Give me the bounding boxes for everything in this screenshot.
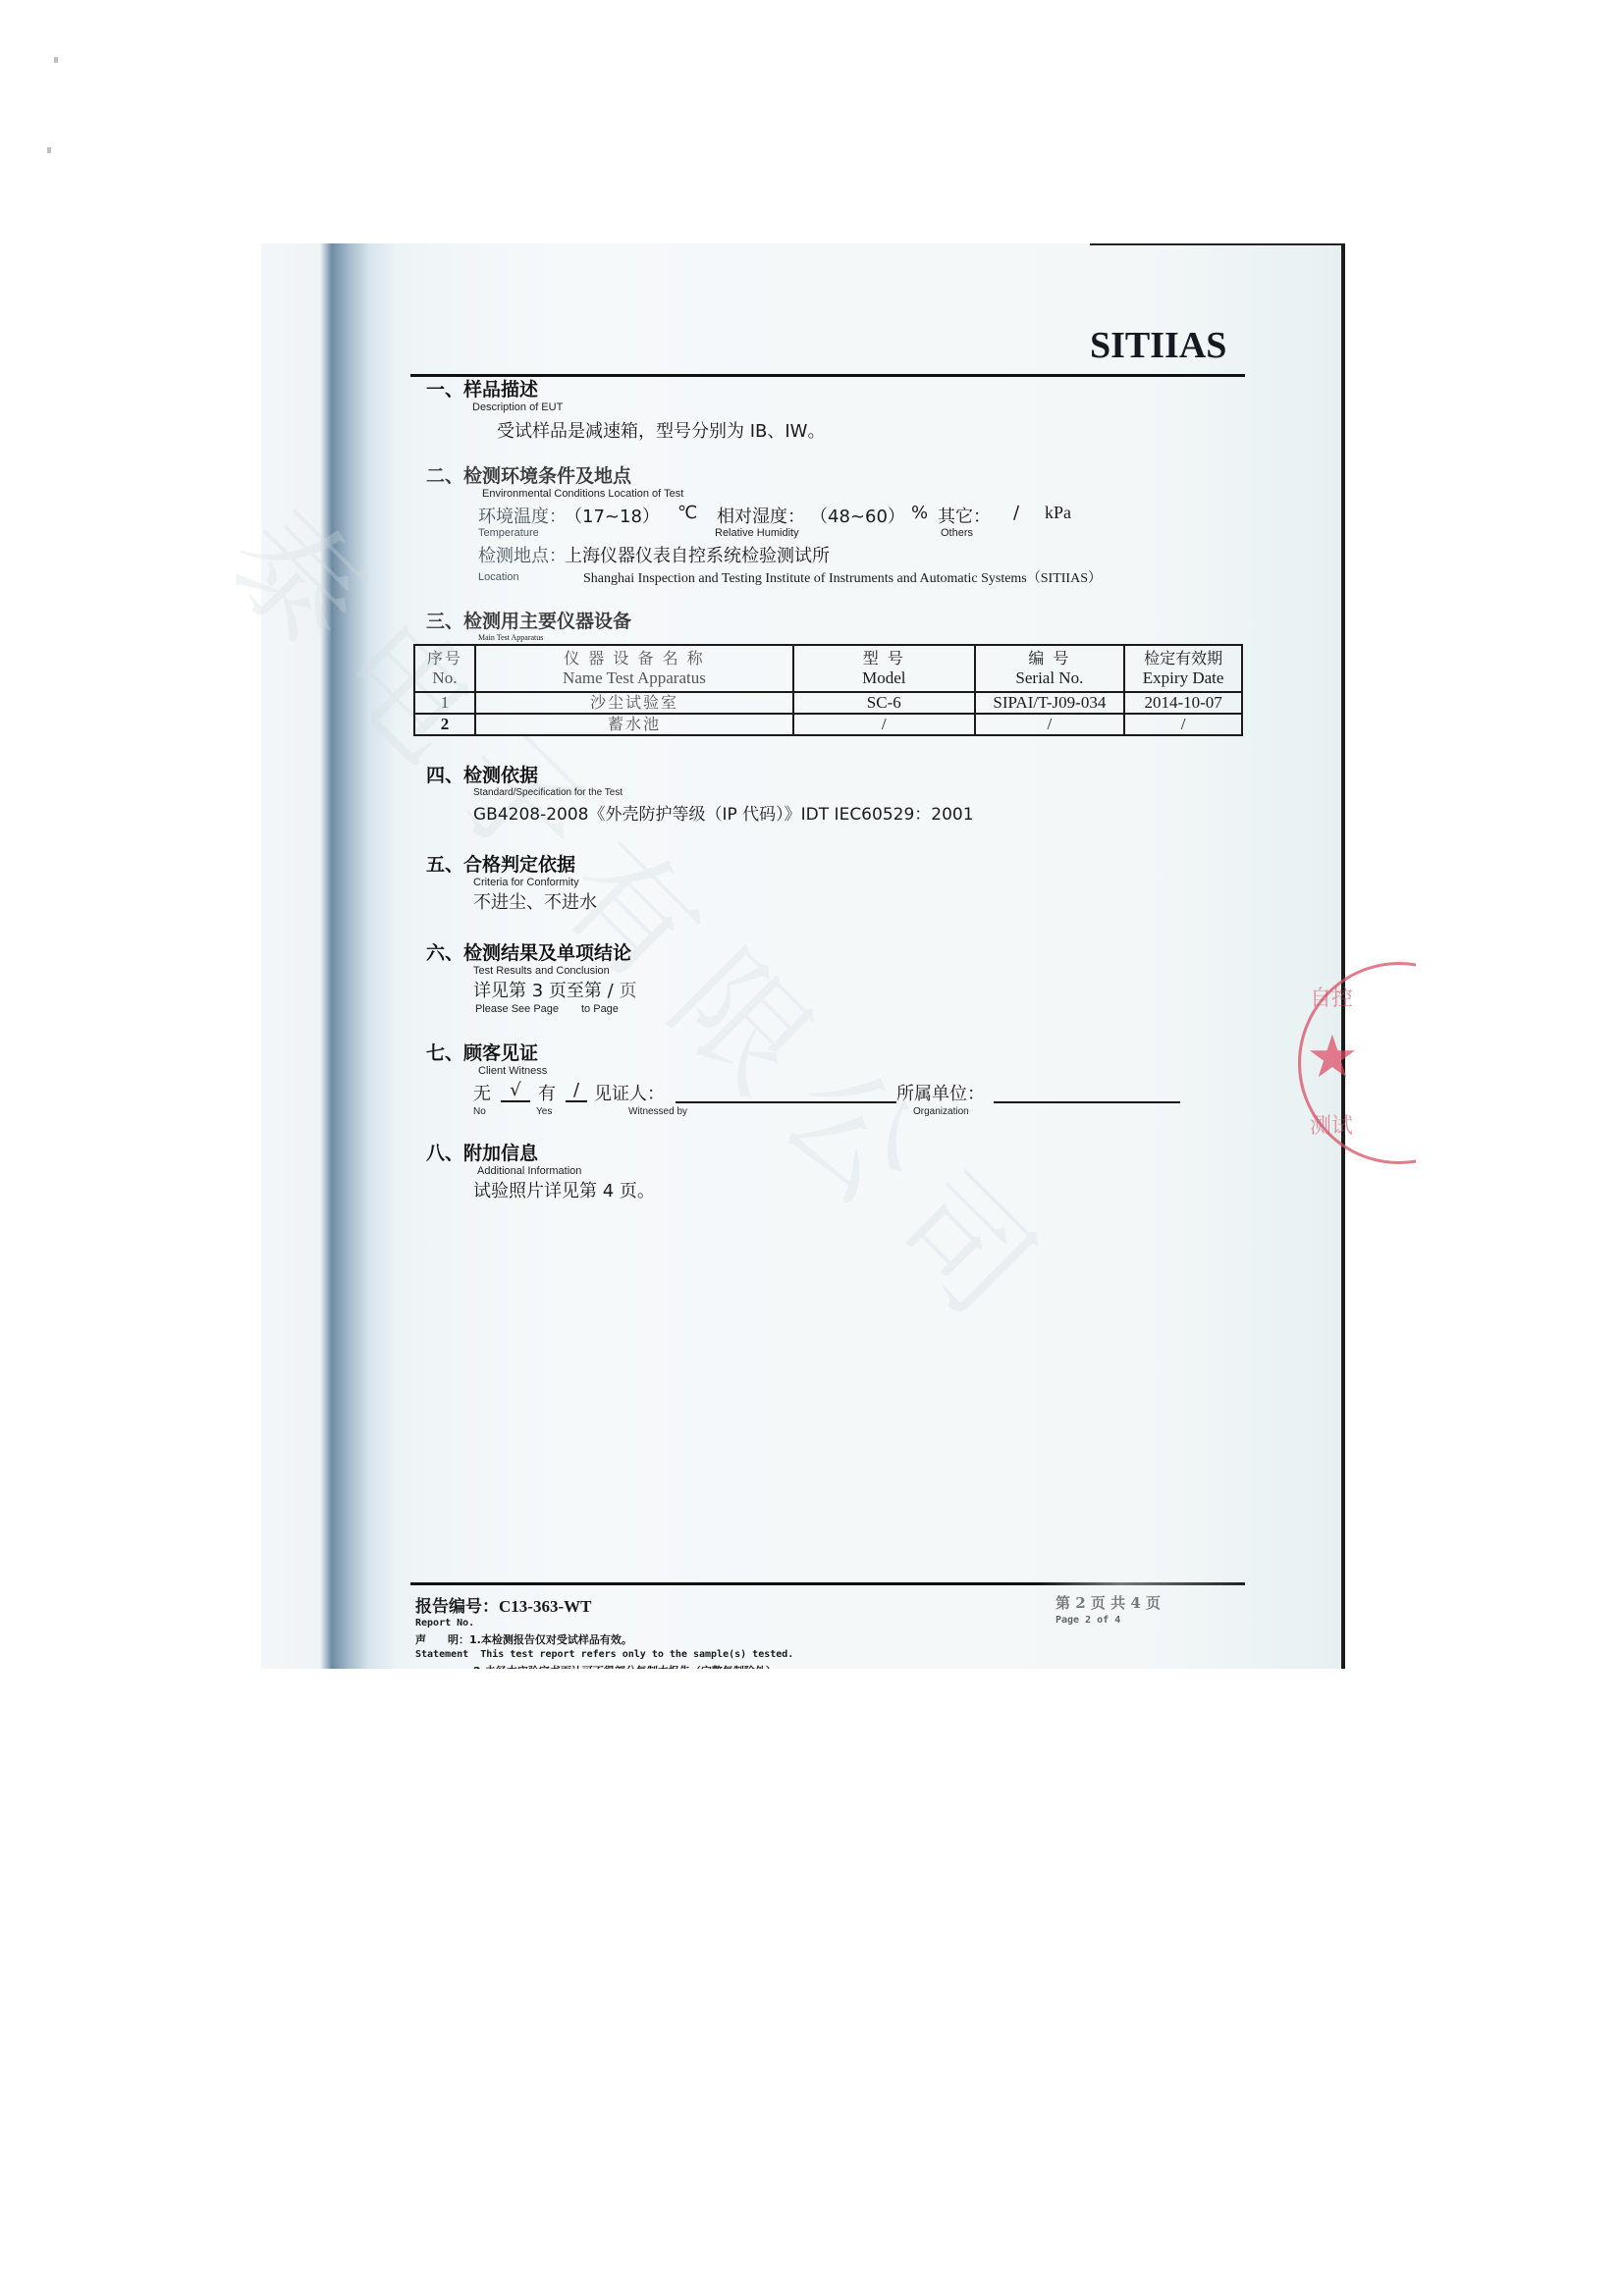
section-additional: 八、附加信息 Additional Information 试验照片详见第 4 … [426,1139,655,1202]
section-title: 八、附加信息 [426,1139,655,1165]
witness-no-mark: √ [501,1080,530,1102]
witness-en-by: Witnessed by [628,1106,687,1117]
location-en-label: Location [478,571,519,583]
scan-speck [54,57,58,63]
section-subtitle: Environmental Conditions Location of Tes… [482,488,683,500]
humidity-en: Relative Humidity [715,527,799,539]
results-en-please: Please See Page [475,1003,559,1015]
section-description: 一、样品描述 Description of EUT 受试样品是减速箱，型号分别为… [426,375,825,443]
company-logo: SITIIAS [1090,324,1226,367]
statement-2-cropped: 2.未经本实验室书面认可不得部分复制本报告（完整复制除外）。 [473,1663,782,1669]
table-row: 2 蓄水池 / / / [414,714,1242,735]
column-header-model: 型 号Model [793,645,975,692]
table-row: 1 沙尘试验室 SC-6 SIPAI/T-J09-034 2014-10-07 [414,692,1242,714]
others-label: 其它： [938,503,991,528]
location-en-value: Shanghai Inspection and Testing Institut… [583,567,1102,587]
temperature-en: Temperature [478,527,539,539]
table-header-row: 序号No. 仪 器 设 备 名 称Name Test Apparatus 型 号… [414,645,1242,692]
report-number-label: 报告编号： [415,1597,499,1617]
witness-yes-label: 有 [538,1080,556,1105]
section-title: 六、检测结果及单项结论 [426,938,631,965]
organization-label: 所属单位： [896,1080,985,1105]
witnessed-by-label: 见证人： [594,1080,665,1105]
report-number-value: C13-363-WT [499,1597,591,1616]
column-header-serial: 编 号Serial No. [975,645,1125,692]
section-title: 五、合格判定依据 [426,850,597,877]
section-subtitle: Test Results and Conclusion [473,965,631,977]
description-text: 受试样品是减速箱，型号分别为 IB、IW。 [497,417,825,443]
column-header-no: 序号No. [414,645,475,692]
location-label: 检测地点： [478,542,567,567]
footer-divider [410,1582,1245,1585]
additional-text: 试验照片详见第 4 页。 [473,1177,655,1202]
humidity-unit: % [911,503,928,523]
report-number: 报告编号：C13-363-WT [415,1592,591,1617]
others-value: / [1013,503,1019,523]
section-title: 四、检测依据 [426,761,974,787]
section-apparatus: 三、检测用主要仪器设备 [426,607,631,633]
section-results: 六、检测结果及单项结论 Test Results and Conclusion [426,938,631,977]
location-value: 上海仪器仪表自控系统检验测试所 [565,542,830,567]
column-header-name: 仪 器 设 备 名 称Name Test Apparatus [475,645,793,692]
results-en-to: to Page [581,1003,619,1015]
page-indicator-en: Page 2 of 4 [1056,1615,1120,1626]
section-standard: 四、检测依据 Standard/Specification for the Te… [426,761,974,825]
others-en: Others [941,527,973,539]
section-subtitle: Client Witness [478,1065,547,1077]
stamp-text-bottom: 测试 [1310,1109,1353,1140]
report-number-en: Report No. [415,1618,474,1629]
red-seal-stamp: 自控 ★ 测试 [1298,962,1416,1168]
scanned-page [261,243,1345,1669]
temperature-label: 环境温度： [478,503,567,528]
section-title: 一、样品描述 [426,375,825,401]
section-subtitle: Main Test Apparatus [478,633,543,642]
to-page: / [608,981,614,1001]
apparatus-table: 序号No. 仪 器 设 备 名 称Name Test Apparatus 型 号… [413,644,1243,736]
section-witness: 七、顾客见证 Client Witness [426,1039,547,1077]
from-page: 3 [532,981,543,1001]
section-environment: 二、检测环境条件及地点 Environmental Conditions Loc… [426,461,683,500]
organization-field[interactable] [994,1082,1180,1103]
temperature-value: （17~18） [565,503,660,528]
section-subtitle: Criteria for Conformity [473,877,597,888]
criteria-text: 不进尘、不进水 [473,888,597,914]
humidity-value: （48~60） [810,503,905,528]
results-see-page: 详见第 3 页至第 / 页 [473,977,636,1002]
witness-en-yes: Yes [536,1106,552,1117]
witness-no-label: 无 [473,1080,491,1105]
section-subtitle: Additional Information [477,1165,655,1177]
standard-text: GB4208-2008《外壳防护等级（IP 代码）》IDT IEC60529：2… [473,800,974,825]
column-header-expiry: 检定有效期Expiry Date [1124,645,1242,692]
section-title: 二、检测环境条件及地点 [426,461,683,488]
section-title: 七、顾客见证 [426,1039,547,1065]
others-unit: kPa [1045,503,1071,523]
statement-cn: 声 明：1.本检测报告仅对受试样品有效。 [415,1631,632,1647]
section-subtitle: Description of EUT [472,401,825,413]
section-title: 三、检测用主要仪器设备 [426,607,631,633]
witness-en-org: Organization [913,1106,969,1117]
star-icon: ★ [1306,1023,1359,1092]
scan-edge-line [1090,243,1343,245]
scan-speck [47,147,51,153]
stamp-text-top: 自控 [1310,982,1353,1012]
witness-yes-mark: / [566,1080,587,1102]
temperature-unit: ℃ [677,503,697,523]
section-criteria: 五、合格判定依据 Criteria for Conformity 不进尘、不进水 [426,850,597,914]
page-indicator-cn: 第 2 页 共 4 页 [1056,1592,1161,1613]
witness-en-no: No [473,1106,486,1117]
section-subtitle: Standard/Specification for the Test [473,787,974,798]
humidity-label: 相对湿度： [717,503,805,528]
witnessed-by-field[interactable] [676,1082,896,1103]
statement-en: Statement This test report refers only t… [415,1649,793,1660]
